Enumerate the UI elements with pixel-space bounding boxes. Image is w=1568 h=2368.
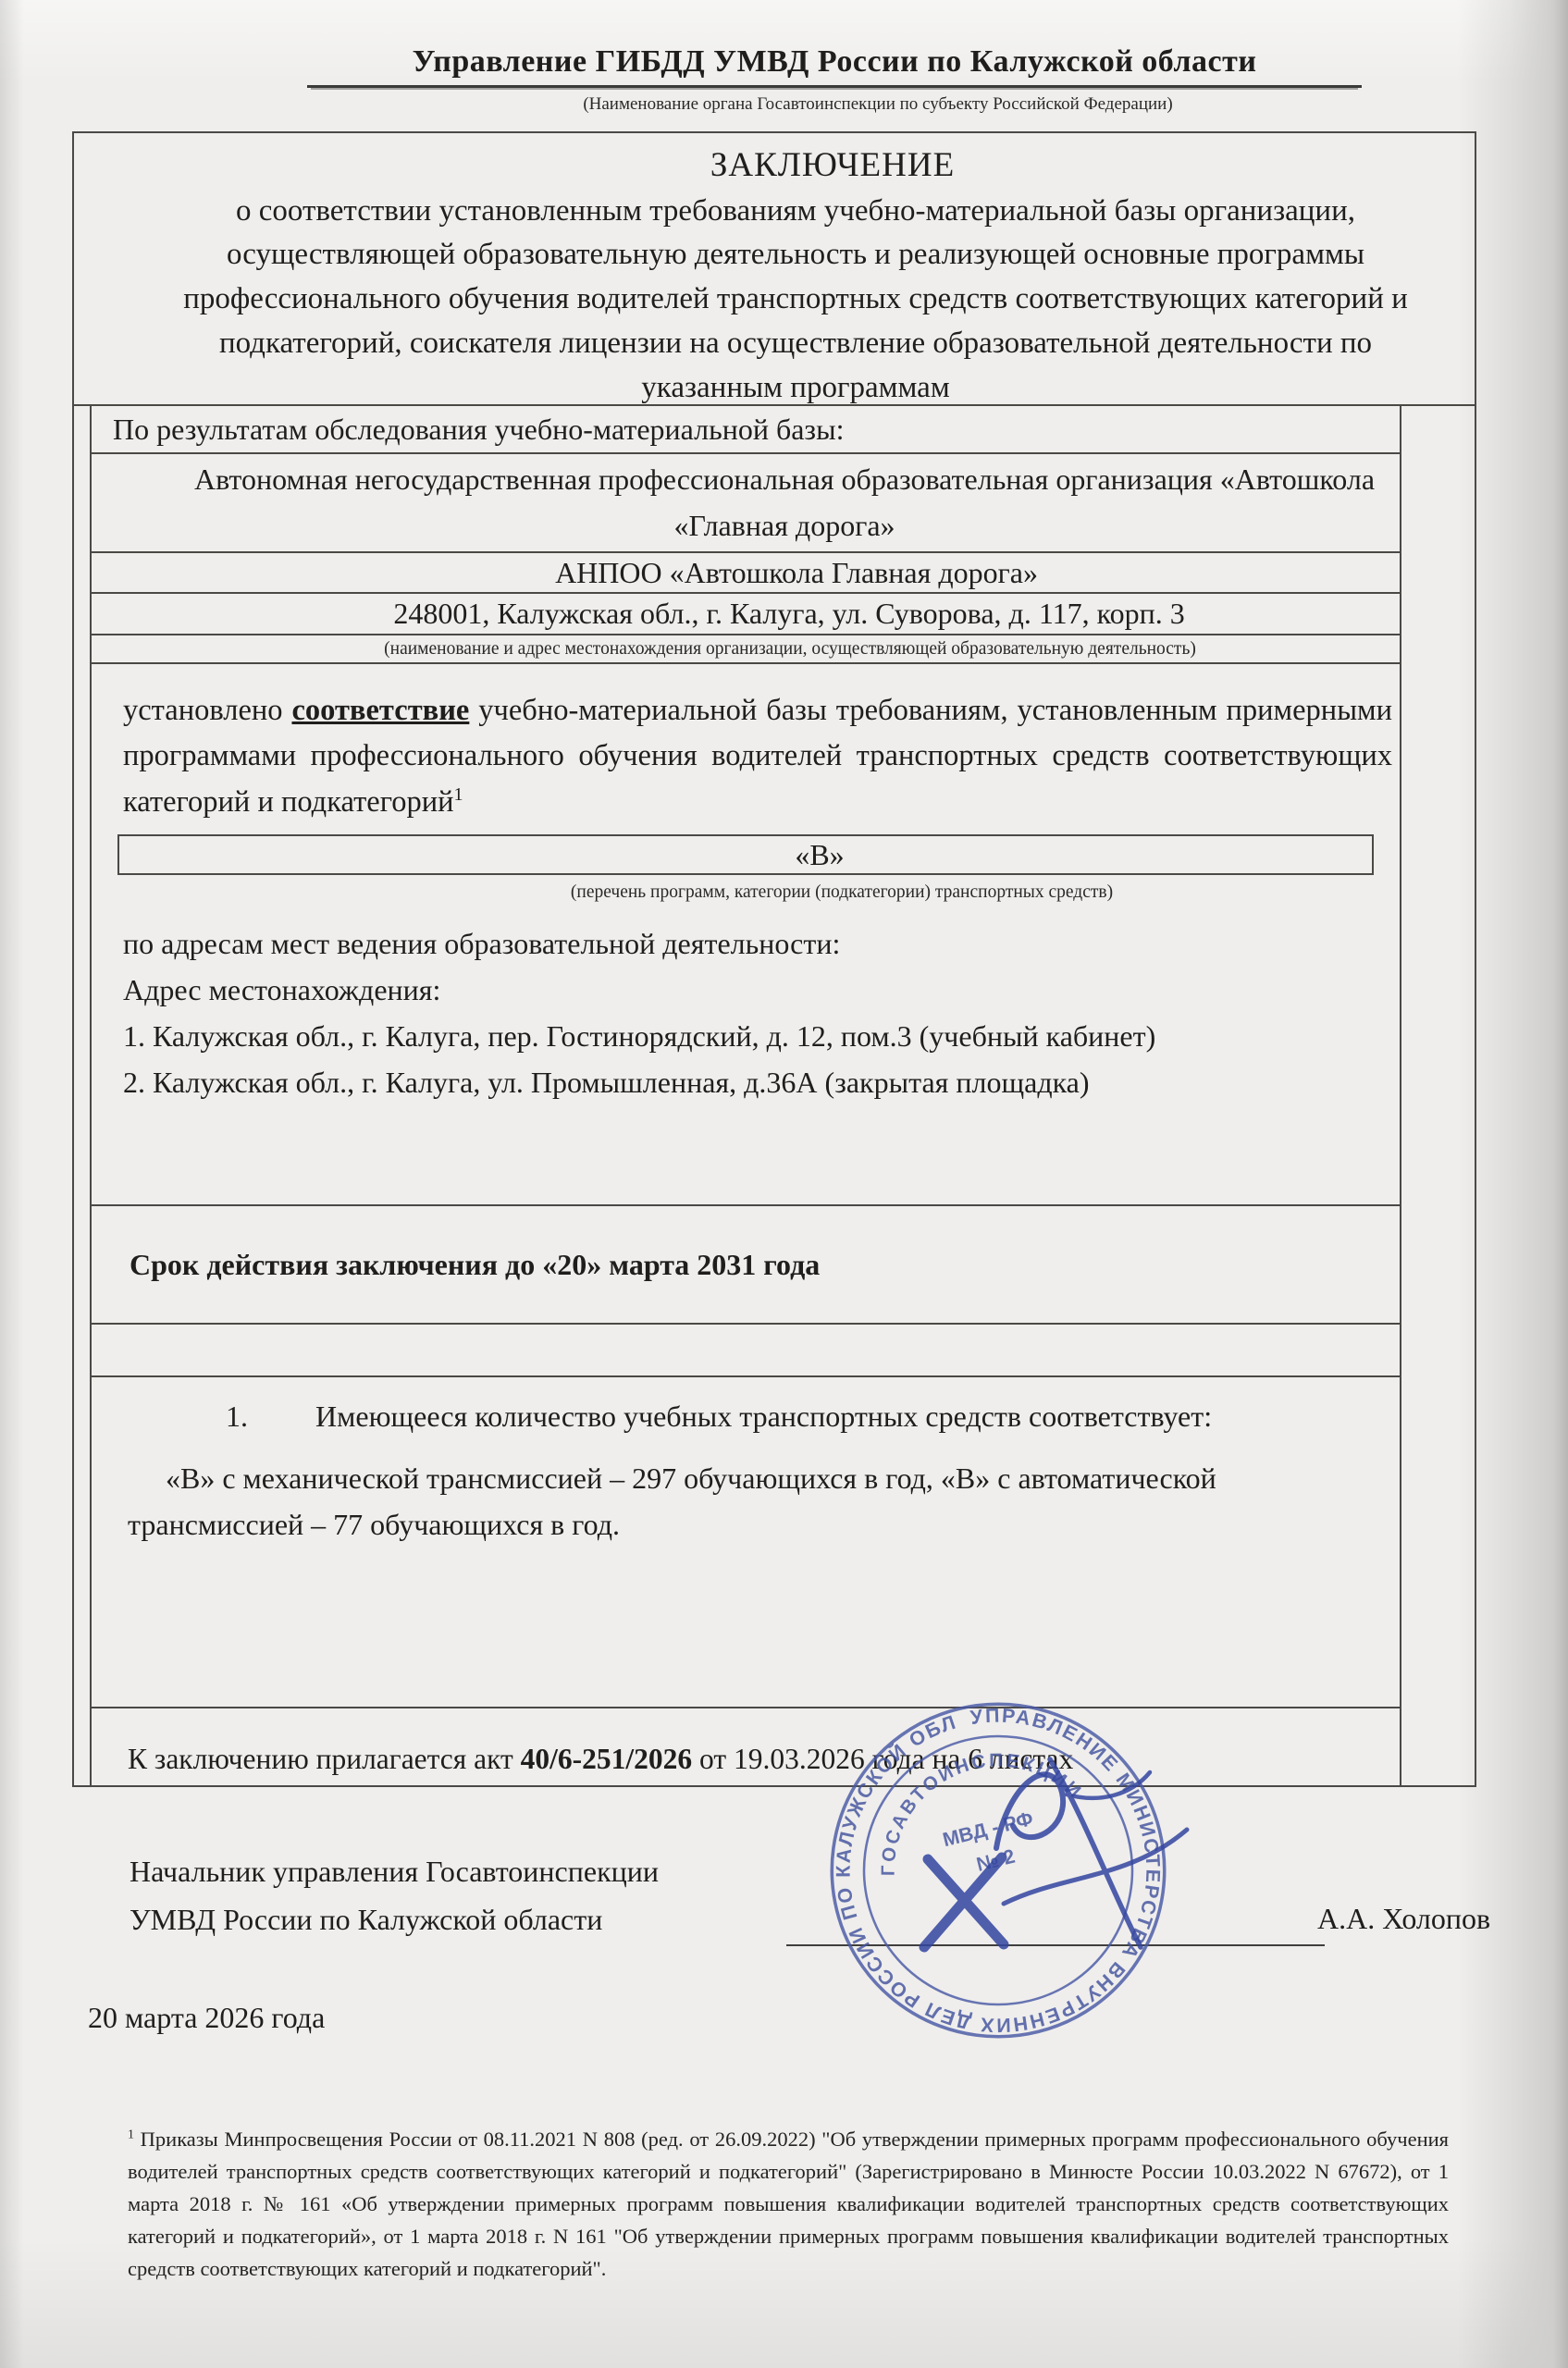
address-item: 2. Калужская обл., г. Калуга, ул. Промыш… xyxy=(123,1060,1392,1106)
vehicles-item-text: Имеющееся количество учебных транспортны… xyxy=(315,1400,1212,1434)
validity-row: Срок действия заключения до «20» марта 2… xyxy=(92,1204,1400,1325)
document-header: Управление ГИБДД УМВД России по Калужско… xyxy=(307,44,1362,115)
addresses-intro: по адресам мест ведения образовательной … xyxy=(123,921,1392,968)
scanned-document-page: Управление ГИБДД УМВД России по Калужско… xyxy=(0,0,1568,2368)
addresses-section: по адресам мест ведения образовательной … xyxy=(92,910,1400,1108)
address-item: 1. Калужская обл., г. Калуга, пер. Гости… xyxy=(123,1014,1392,1060)
signatory-name: А.А. Холопов xyxy=(1317,1902,1490,1936)
table-row-organization-short-name: АНПОО «Автошкола Главная дорога» xyxy=(92,553,1400,594)
signatory-position-line: УМВД России по Калужской области xyxy=(130,1896,659,1944)
title-section: ЗАКЛЮЧЕНИЕ о соответствии установленным … xyxy=(74,133,1475,406)
vehicles-item-line: 1.Имеющееся количество учебных транспорт… xyxy=(92,1400,1400,1434)
document-type-title: ЗАКЛЮЧЕНИЕ xyxy=(74,146,1475,186)
footnote-reference: 1 xyxy=(454,784,463,805)
vehicles-section: 1.Имеющееся количество учебных транспорт… xyxy=(92,1377,1400,1708)
category-field-caption: (перечень программ, категории (подкатего… xyxy=(92,875,1400,910)
conclusion-paragraph: установлено соответствие учебно-материал… xyxy=(92,664,1400,834)
document-date: 20 марта 2026 года xyxy=(88,2001,325,2035)
act-prefix: К заключению прилагается акт xyxy=(128,1743,521,1776)
vehicles-item-number: 1. xyxy=(226,1400,315,1434)
blank-space xyxy=(92,1108,1400,1204)
act-reference-row: К заключению прилагается акт 40/6-251/20… xyxy=(92,1708,1400,1785)
conclusion-prefix: установлено xyxy=(123,694,291,727)
footnote: 1 Приказы Минпросвещения России от 08.11… xyxy=(128,2124,1449,2285)
addresses-label: Адрес местонахождения: xyxy=(123,968,1392,1014)
table-row-organization-address: 248001, Калужская обл., г. Калуга, ул. С… xyxy=(92,594,1400,635)
act-number: 40/6-251/2026 xyxy=(521,1743,693,1776)
signatory-position-line: Начальник управления Госавтоинспекции xyxy=(130,1848,659,1896)
issuing-authority-title: Управление ГИБДД УМВД России по Калужско… xyxy=(307,44,1362,88)
vehicles-detail: «В» с механической трансмиссией – 297 об… xyxy=(92,1456,1400,1548)
table-row-survey-intro: По результатам обследования учебно-матер… xyxy=(92,406,1400,454)
document-body-frame: ЗАКЛЮЧЕНИЕ о соответствии установленным … xyxy=(72,131,1476,1787)
footnote-marker: 1 xyxy=(128,2128,134,2142)
table-row-organization-name: Автономная негосударственная профессиона… xyxy=(92,454,1400,553)
table-row-organization-caption: (наименование и адрес местонахождения ор… xyxy=(92,635,1400,664)
signatory-position: Начальник управления Госавтоинспекции УМ… xyxy=(130,1848,659,1944)
document-subtitle: о соответствии установленным требованиям… xyxy=(167,190,1425,411)
conclusion-emphasis: соответствие xyxy=(291,694,469,727)
category-field: «В» xyxy=(117,834,1374,875)
inner-table-frame: По результатам обследования учебно-матер… xyxy=(90,406,1401,1785)
footnote-text: Приказы Минпросвещения России от 08.11.2… xyxy=(128,2127,1449,2280)
empty-row xyxy=(92,1325,1400,1377)
issuing-authority-caption: (Наименование органа Госавтоинспекции по… xyxy=(307,94,1362,115)
handwritten-signature xyxy=(911,1739,1198,1970)
